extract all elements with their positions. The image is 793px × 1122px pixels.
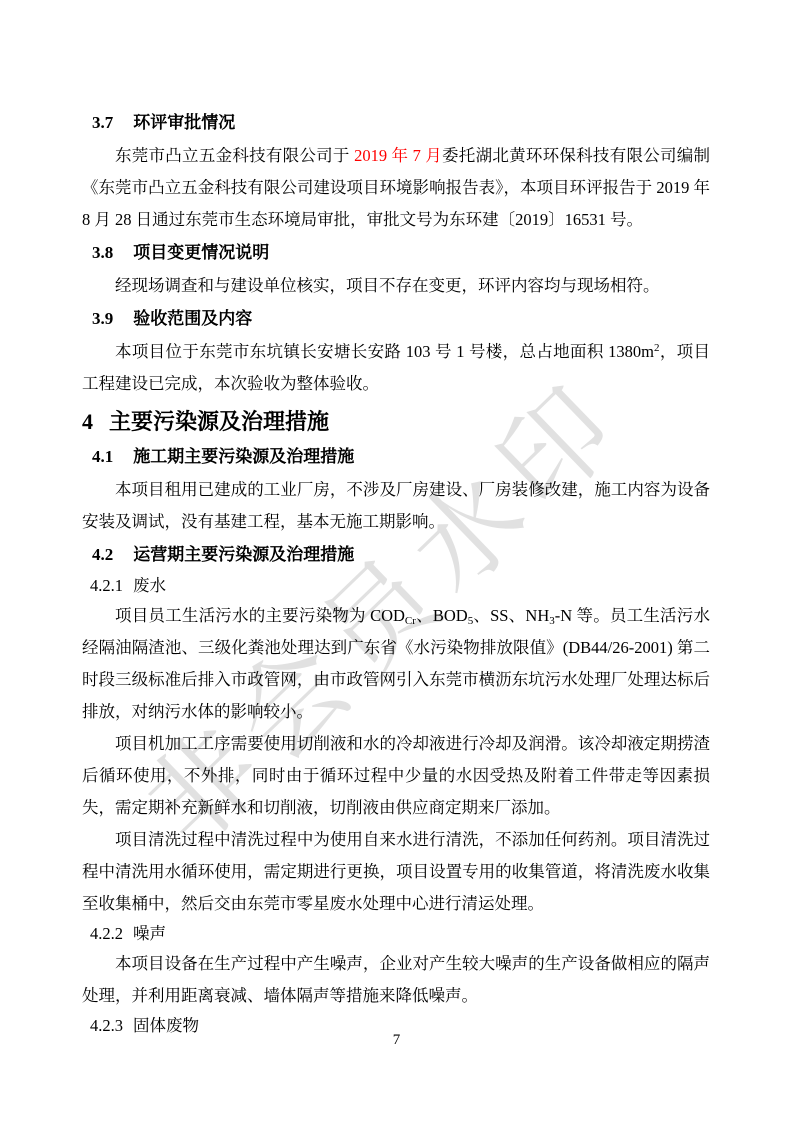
section-title-3-8: 项目变更情况说明 <box>133 243 269 262</box>
section-number-4-2: 4.2 <box>92 542 113 568</box>
chapter-number-4: 4 <box>82 404 93 440</box>
subsection-title-4-2-1: 废水 <box>133 576 166 595</box>
document-content: 3.7环评审批情况 东莞市凸立五金科技有限公司于 2019 年 7 月委托湖北黄… <box>0 0 793 1040</box>
paragraph-4-2-2-noise: 本项目设备在生产过程中产生噪声，企业对产生较大噪声的生产设备做相应的隔声处理，并… <box>82 948 710 1012</box>
section-heading-3-9: 3.9验收范围及内容 <box>92 306 710 332</box>
red-date-text: 2019 年 7 月 <box>354 146 442 165</box>
subsection-number-4-2-2: 4.2.2 <box>90 920 123 948</box>
paragraph-4-1: 本项目租用已建成的工业厂房，不涉及厂房建设、厂房装修改建，施工内容为设备安装及调… <box>82 474 710 538</box>
page-number: 7 <box>0 1032 793 1049</box>
chapter-heading-4: 4主要污染源及治理措施 <box>82 404 710 440</box>
section-heading-3-7: 3.7环评审批情况 <box>92 110 710 136</box>
section-title-4-1: 施工期主要污染源及治理措施 <box>133 447 354 466</box>
subsection-heading-4-2-2: 4.2.2噪声 <box>90 920 710 948</box>
section-number-3-9: 3.9 <box>92 306 113 332</box>
paragraph-4-2-1-wastewater: 项目员工生活污水的主要污染物为 CODCr、BOD5、SS、NH3-N 等。员工… <box>82 600 710 728</box>
text-run: 东莞市凸立五金科技有限公司于 <box>115 146 354 165</box>
subsection-number-4-2-1: 4.2.1 <box>90 572 123 600</box>
paragraph-3-9: 本项目位于东莞市东坑镇长安塘长安路 103 号 1 号楼，总占地面积 1380m… <box>82 336 710 400</box>
section-title-3-9: 验收范围及内容 <box>133 309 252 328</box>
section-title-4-2: 运营期主要污染源及治理措施 <box>133 545 354 564</box>
paragraph-3-7: 东莞市凸立五金科技有限公司于 2019 年 7 月委托湖北黄环环保科技有限公司编… <box>82 140 710 236</box>
section-number-3-8: 3.8 <box>92 240 113 266</box>
text-run: 、SS、NH <box>473 606 549 625</box>
text-run: 本项目位于东莞市东坑镇长安塘长安路 103 号 1 号楼，总占地面积 1380m <box>115 342 654 361</box>
section-number-3-7: 3.7 <box>92 110 113 136</box>
text-run: 项目员工生活污水的主要污染物为 COD <box>115 606 405 625</box>
section-title-3-7: 环评审批情况 <box>133 113 235 132</box>
chapter-title-4: 主要污染源及治理措施 <box>109 409 329 434</box>
subsection-heading-4-2-1: 4.2.1废水 <box>90 572 710 600</box>
document-page: 非会员水印 3.7环评审批情况 东莞市凸立五金科技有限公司于 2019 年 7 … <box>0 0 793 1122</box>
paragraph-3-8: 经现场调查和与建设单位核实，项目不存在变更，环评内容均与现场相符。 <box>82 270 710 302</box>
section-number-4-1: 4.1 <box>92 444 113 470</box>
paragraph-4-2-1-coolant: 项目机加工工序需要使用切削液和水的冷却液进行冷却及润滑。该冷却液定期捞渣后循环使… <box>82 728 710 824</box>
text-run: 、BOD <box>416 606 468 625</box>
subsection-title-4-2-2: 噪声 <box>133 924 166 943</box>
subscript-cr: Cr <box>405 615 416 627</box>
section-heading-4-2: 4.2运营期主要污染源及治理措施 <box>92 542 710 568</box>
section-heading-3-8: 3.8项目变更情况说明 <box>92 240 710 266</box>
section-heading-4-1: 4.1施工期主要污染源及治理措施 <box>92 444 710 470</box>
paragraph-4-2-1-cleaning: 项目清洗过程中清洗过程中为使用自来水进行清洗，不添加任何药剂。项目清洗过程中清洗… <box>82 824 710 920</box>
